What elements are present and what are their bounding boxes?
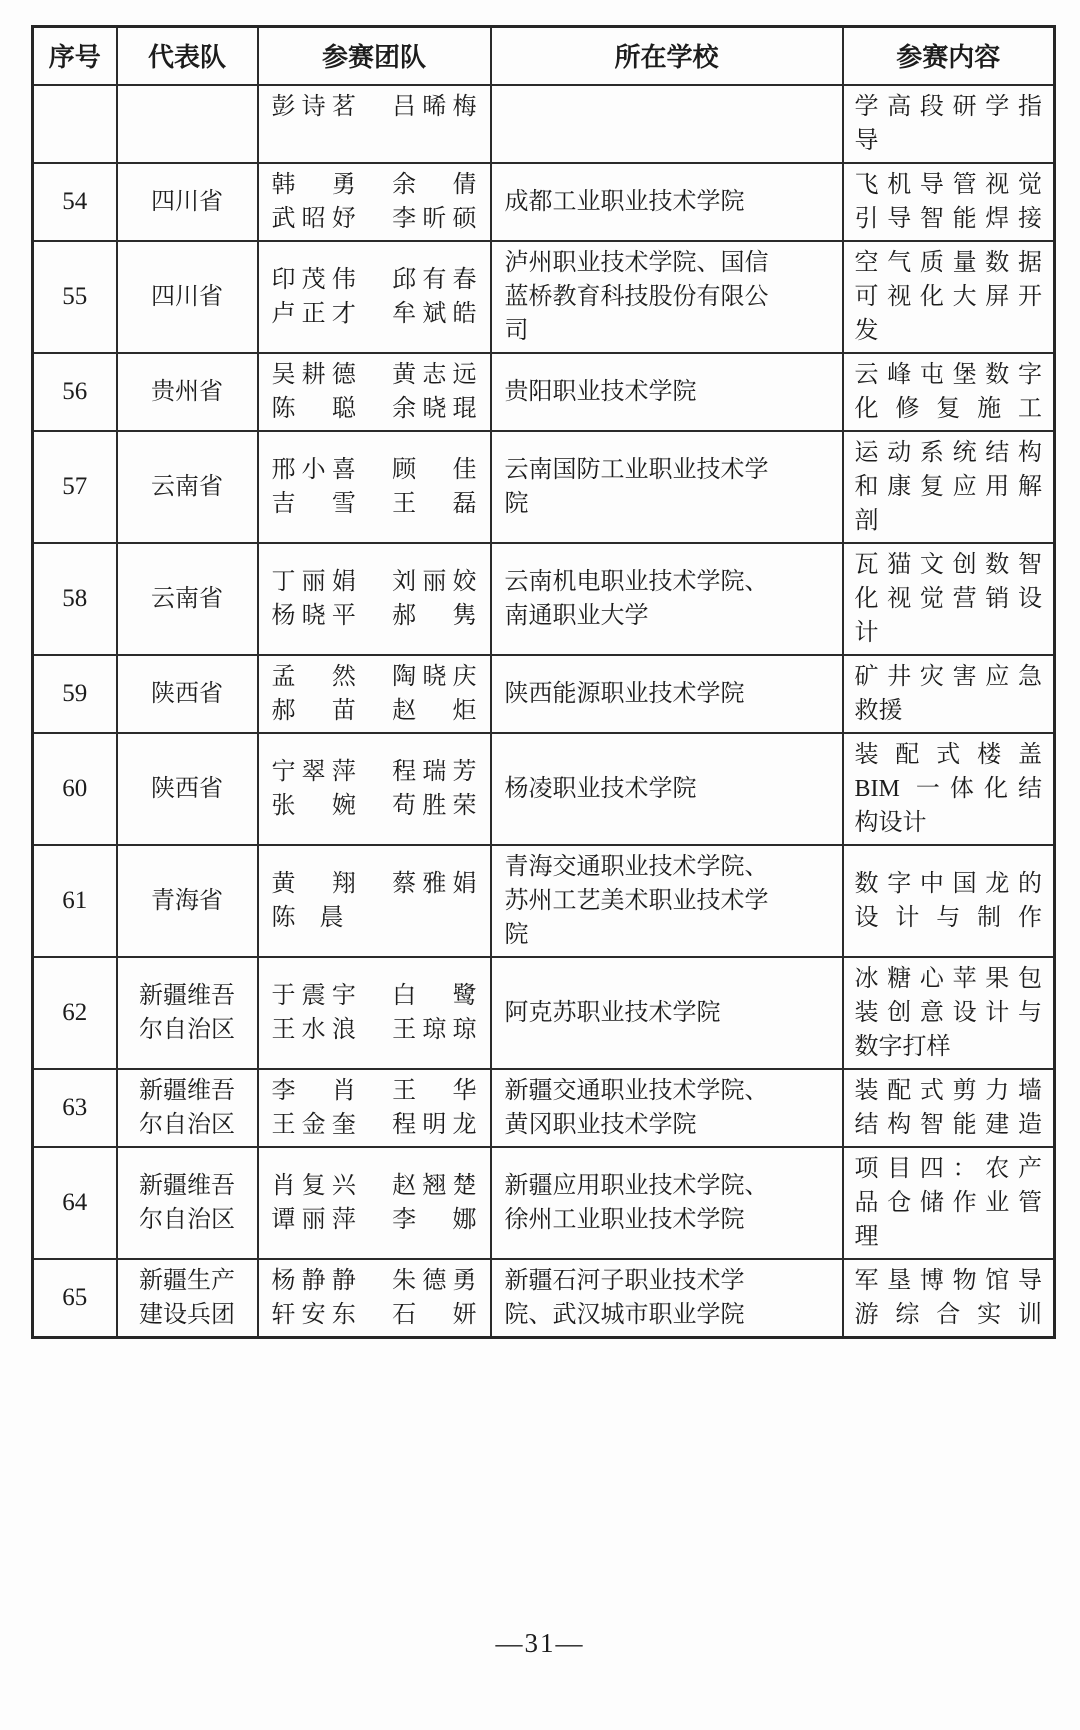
- school-cell: 云南机电职业技术学院、南通职业大学: [491, 543, 843, 655]
- text-line: 阿克苏职业技术学院: [505, 996, 829, 1030]
- text-line: 装配式剪力墙: [855, 1074, 1043, 1108]
- team-cell: 彭诗茗 吕晞梅: [258, 85, 491, 163]
- table-row: 56贵州省吴耕德 黄志远陈 聪 余晓琨贵阳职业技术学院云峰屯堡数字化修复施工: [33, 353, 1055, 431]
- content-cell: 矿井灾害应急救援: [843, 655, 1055, 733]
- serial-cell: [33, 85, 117, 163]
- serial-cell: 57: [33, 431, 117, 543]
- header-region: 代表队: [117, 27, 258, 85]
- text-line: 可视化大屏开: [855, 280, 1043, 314]
- text-line: 李 肖 王 华: [272, 1074, 477, 1108]
- team-cell: 宁翠萍 程瑞芳张 婉 苟胜荣: [258, 733, 491, 845]
- text-line: 陕西省: [126, 677, 249, 711]
- table-row: 64新疆维吾尔自治区肖复兴 赵翘楚谭丽萍 李 娜新疆应用职业技术学院、徐州工业职…: [33, 1147, 1055, 1259]
- text-line: 新疆生产: [126, 1264, 249, 1298]
- content-cell: 云峰屯堡数字化修复施工: [843, 353, 1055, 431]
- text-line: 理: [855, 1220, 1043, 1254]
- text-line: 孟 然 陶晓庆: [272, 660, 477, 694]
- serial-cell: 56: [33, 353, 117, 431]
- text-line: 63: [44, 1091, 106, 1125]
- serial-cell: 55: [33, 241, 117, 353]
- header-school: 所在学校: [491, 27, 843, 85]
- header-content: 参赛内容: [843, 27, 1055, 85]
- text-line: 卢正才 牟斌皓: [272, 297, 477, 331]
- school-cell: 陕西能源职业技术学院: [491, 655, 843, 733]
- text-line: 新疆石河子职业技术学: [505, 1264, 829, 1298]
- text-line: 杨晓平 郝 隽: [272, 599, 477, 633]
- text-line: 谭丽萍 李 娜: [272, 1203, 477, 1237]
- text-line: 宁翠萍 程瑞芳: [272, 755, 477, 789]
- text-line: 彭诗茗 吕晞梅: [272, 90, 477, 124]
- text-line: 院: [505, 918, 829, 952]
- text-line: 装配式楼盖: [855, 738, 1043, 772]
- school-cell: 阿克苏职业技术学院: [491, 957, 843, 1069]
- header-team: 参赛团队: [258, 27, 491, 85]
- text-line: 建设兵团: [126, 1298, 249, 1332]
- text-line: 构设计: [855, 806, 1043, 840]
- text-line: 四川省: [126, 280, 249, 314]
- text-line: 苏州工艺美术职业技术学: [505, 884, 829, 918]
- text-line: 邢小喜 顾 佳: [272, 453, 477, 487]
- region-cell: 四川省: [117, 241, 258, 353]
- text-line: 王水浪 王琼琼: [272, 1013, 477, 1047]
- school-cell: [491, 85, 843, 163]
- table-header-row: 序号 代表队 参赛团队 所在学校 参赛内容: [33, 27, 1055, 85]
- content-cell: 瓦猫文创数智化视觉营销设计: [843, 543, 1055, 655]
- text-line: 学高段研学指: [855, 90, 1043, 124]
- text-line: 结构智能建造: [855, 1108, 1043, 1142]
- region-cell: 陕西省: [117, 655, 258, 733]
- region-cell: 新疆维吾尔自治区: [117, 1069, 258, 1147]
- text-line: 55: [44, 280, 106, 314]
- page-number: —31—: [0, 1628, 1080, 1659]
- serial-cell: 65: [33, 1259, 117, 1338]
- text-line: 王金奎 程明龙: [272, 1108, 477, 1142]
- serial-cell: 54: [33, 163, 117, 241]
- serial-cell: 59: [33, 655, 117, 733]
- team-cell: 邢小喜 顾 佳吉 雪 王 磊: [258, 431, 491, 543]
- region-cell: 新疆生产建设兵团: [117, 1259, 258, 1338]
- table-body: 彭诗茗 吕晞梅学高段研学指导54四川省韩 勇 余 倩武昭妤 李昕硕成都工业职业技…: [33, 85, 1055, 1338]
- text-line: 吴耕德 黄志远: [272, 358, 477, 392]
- team-cell: 韩 勇 余 倩武昭妤 李昕硕: [258, 163, 491, 241]
- school-cell: 青海交通职业技术学院、苏州工艺美术职业技术学院: [491, 845, 843, 957]
- table-row: 58云南省丁丽娟 刘丽姣杨晓平 郝 隽云南机电职业技术学院、南通职业大学瓦猫文创…: [33, 543, 1055, 655]
- text-line: 云南省: [126, 582, 249, 616]
- text-line: 青海省: [126, 884, 249, 918]
- text-line: 救援: [855, 694, 1043, 728]
- text-line: 印茂伟 邱有春: [272, 263, 477, 297]
- school-cell: 杨凌职业技术学院: [491, 733, 843, 845]
- text-line: 陈 聪 余晓琨: [272, 392, 477, 426]
- text-line: 飞机导管视觉: [855, 168, 1043, 202]
- content-cell: 飞机导管视觉引导智能焊接: [843, 163, 1055, 241]
- text-line: 新疆维吾: [126, 979, 249, 1013]
- text-line: 陈 晨: [272, 901, 477, 935]
- content-cell: 冰糖心苹果包装创意设计与数字打样: [843, 957, 1055, 1069]
- text-line: 65: [44, 1281, 106, 1315]
- team-cell: 吴耕德 黄志远陈 聪 余晓琨: [258, 353, 491, 431]
- content-cell: 空气质量数据可视化大屏开发: [843, 241, 1055, 353]
- text-line: 徐州工业职业技术学院: [505, 1203, 829, 1237]
- text-line: 蓝桥教育科技股份有限公: [505, 280, 829, 314]
- team-cell: 印茂伟 邱有春卢正才 牟斌皓: [258, 241, 491, 353]
- region-cell: 新疆维吾尔自治区: [117, 1147, 258, 1259]
- text-line: 装创意设计与: [855, 996, 1043, 1030]
- school-cell: 新疆应用职业技术学院、徐州工业职业技术学院: [491, 1147, 843, 1259]
- text-line: 导: [855, 124, 1043, 158]
- table-row: 55四川省印茂伟 邱有春卢正才 牟斌皓泸州职业技术学院、国信蓝桥教育科技股份有限…: [33, 241, 1055, 353]
- text-line: 61: [44, 884, 106, 918]
- content-cell: 项目四：农产品仓储作业管理: [843, 1147, 1055, 1259]
- school-cell: 泸州职业技术学院、国信蓝桥教育科技股份有限公司: [491, 241, 843, 353]
- text-line: 杨凌职业技术学院: [505, 772, 829, 806]
- text-line: 项目四：农产: [855, 1152, 1043, 1186]
- table-row: 60陕西省宁翠萍 程瑞芳张 婉 苟胜荣杨凌职业技术学院装配式楼盖BIM 一体化结…: [33, 733, 1055, 845]
- table-row: 61青海省黄 翔 蔡雅娟陈 晨青海交通职业技术学院、苏州工艺美术职业技术学院数字…: [33, 845, 1055, 957]
- text-line: 尔自治区: [126, 1203, 249, 1237]
- serial-cell: 61: [33, 845, 117, 957]
- text-line: 60: [44, 772, 106, 806]
- table-row: 54四川省韩 勇 余 倩武昭妤 李昕硕成都工业职业技术学院飞机导管视觉引导智能焊…: [33, 163, 1055, 241]
- text-line: 陕西能源职业技术学院: [505, 677, 829, 711]
- team-cell: 杨静静 朱德勇轩安东 石 妍: [258, 1259, 491, 1338]
- text-line: 云峰屯堡数字: [855, 358, 1043, 392]
- text-line: 新疆维吾: [126, 1074, 249, 1108]
- text-line: BIM 一体化结: [855, 772, 1043, 806]
- text-line: 新疆交通职业技术学院、: [505, 1074, 829, 1108]
- region-cell: 陕西省: [117, 733, 258, 845]
- text-line: 泸州职业技术学院、国信: [505, 246, 829, 280]
- text-line: 空气质量数据: [855, 246, 1043, 280]
- content-cell: 运动系统结构和康复应用解剖: [843, 431, 1055, 543]
- text-line: 57: [44, 470, 106, 504]
- text-line: 矿井灾害应急: [855, 660, 1043, 694]
- region-cell: 云南省: [117, 543, 258, 655]
- region-cell: 云南省: [117, 431, 258, 543]
- results-table: 序号 代表队 参赛团队 所在学校 参赛内容 彭诗茗 吕晞梅学高段研学指导54四川…: [31, 25, 1056, 1339]
- content-cell: 数字中国龙的设计与制作: [843, 845, 1055, 957]
- table-row: 62新疆维吾尔自治区于震宇 白 鹭王水浪 王琼琼阿克苏职业技术学院冰糖心苹果包装…: [33, 957, 1055, 1069]
- serial-cell: 58: [33, 543, 117, 655]
- text-line: 游综合实训: [855, 1298, 1043, 1332]
- text-line: 计: [855, 616, 1043, 650]
- text-line: 56: [44, 375, 106, 409]
- text-line: 化修复施工: [855, 392, 1043, 426]
- team-cell: 孟 然 陶晓庆郝 苗 赵 炬: [258, 655, 491, 733]
- team-cell: 丁丽娟 刘丽姣杨晓平 郝 隽: [258, 543, 491, 655]
- text-line: 59: [44, 677, 106, 711]
- content-cell: 装配式剪力墙结构智能建造: [843, 1069, 1055, 1147]
- text-line: 郝 苗 赵 炬: [272, 694, 477, 728]
- school-cell: 云南国防工业职业技术学院: [491, 431, 843, 543]
- text-line: 剖: [855, 504, 1043, 538]
- team-cell: 肖复兴 赵翘楚谭丽萍 李 娜: [258, 1147, 491, 1259]
- school-cell: 贵阳职业技术学院: [491, 353, 843, 431]
- text-line: 武昭妤 李昕硕: [272, 202, 477, 236]
- region-cell: [117, 85, 258, 163]
- text-line: 肖复兴 赵翘楚: [272, 1169, 477, 1203]
- text-line: 于震宇 白 鹭: [272, 979, 477, 1013]
- team-cell: 于震宇 白 鹭王水浪 王琼琼: [258, 957, 491, 1069]
- text-line: 院、武汉城市职业学院: [505, 1298, 829, 1332]
- team-cell: 黄 翔 蔡雅娟陈 晨: [258, 845, 491, 957]
- text-line: 冰糖心苹果包: [855, 962, 1043, 996]
- region-cell: 贵州省: [117, 353, 258, 431]
- serial-cell: 62: [33, 957, 117, 1069]
- text-line: 丁丽娟 刘丽姣: [272, 565, 477, 599]
- text-line: 韩 勇 余 倩: [272, 168, 477, 202]
- text-line: 云南国防工业职业技术学: [505, 453, 829, 487]
- text-line: 发: [855, 314, 1043, 348]
- text-line: 数字打样: [855, 1030, 1043, 1064]
- text-line: 云南机电职业技术学院、: [505, 565, 829, 599]
- text-line: 四川省: [126, 185, 249, 219]
- text-line: 数字中国龙的: [855, 867, 1043, 901]
- text-line: 轩安东 石 妍: [272, 1298, 477, 1332]
- team-cell: 李 肖 王 华王金奎 程明龙: [258, 1069, 491, 1147]
- text-line: 引导智能焊接: [855, 202, 1043, 236]
- content-cell: 军垦博物馆导游综合实训: [843, 1259, 1055, 1338]
- text-line: 黄 翔 蔡雅娟: [272, 867, 477, 901]
- table-row: 65新疆生产建设兵团杨静静 朱德勇轩安东 石 妍新疆石河子职业技术学院、武汉城市…: [33, 1259, 1055, 1338]
- text-line: 运动系统结构: [855, 436, 1043, 470]
- text-line: 瓦猫文创数智: [855, 548, 1043, 582]
- text-line: 尔自治区: [126, 1013, 249, 1047]
- text-line: 和康复应用解: [855, 470, 1043, 504]
- document-page: 序号 代表队 参赛团队 所在学校 参赛内容 彭诗茗 吕晞梅学高段研学指导54四川…: [0, 0, 1080, 1730]
- serial-cell: 64: [33, 1147, 117, 1259]
- header-serial: 序号: [33, 27, 117, 85]
- text-line: 陕西省: [126, 772, 249, 806]
- text-line: 吉 雪 王 磊: [272, 487, 477, 521]
- school-cell: 成都工业职业技术学院: [491, 163, 843, 241]
- text-line: 院: [505, 487, 829, 521]
- region-cell: 青海省: [117, 845, 258, 957]
- text-line: 司: [505, 314, 829, 348]
- text-line: 黄冈职业技术学院: [505, 1108, 829, 1142]
- text-line: 64: [44, 1186, 106, 1220]
- text-line: 新疆维吾: [126, 1169, 249, 1203]
- serial-cell: 63: [33, 1069, 117, 1147]
- table-row: 57云南省邢小喜 顾 佳吉 雪 王 磊云南国防工业职业技术学院运动系统结构和康复…: [33, 431, 1055, 543]
- text-line: 品仓储作业管: [855, 1186, 1043, 1220]
- text-line: 尔自治区: [126, 1108, 249, 1142]
- text-line: 云南省: [126, 470, 249, 504]
- table-row: 59陕西省孟 然 陶晓庆郝 苗 赵 炬陕西能源职业技术学院矿井灾害应急救援: [33, 655, 1055, 733]
- text-line: 成都工业职业技术学院: [505, 185, 829, 219]
- table-row: 彭诗茗 吕晞梅学高段研学指导: [33, 85, 1055, 163]
- text-line: 杨静静 朱德勇: [272, 1264, 477, 1298]
- text-line: 南通职业大学: [505, 599, 829, 633]
- text-line: 58: [44, 582, 106, 616]
- table-row: 63新疆维吾尔自治区李 肖 王 华王金奎 程明龙新疆交通职业技术学院、黄冈职业技…: [33, 1069, 1055, 1147]
- text-line: 54: [44, 185, 106, 219]
- content-cell: 装配式楼盖BIM 一体化结构设计: [843, 733, 1055, 845]
- text-line: 贵州省: [126, 375, 249, 409]
- content-cell: 学高段研学指导: [843, 85, 1055, 163]
- text-line: 军垦博物馆导: [855, 1264, 1043, 1298]
- text-line: 设计与制作: [855, 901, 1043, 935]
- school-cell: 新疆交通职业技术学院、黄冈职业技术学院: [491, 1069, 843, 1147]
- text-line: 化视觉营销设: [855, 582, 1043, 616]
- text-line: 贵阳职业技术学院: [505, 375, 829, 409]
- text-line: 62: [44, 996, 106, 1030]
- text-line: 张 婉 苟胜荣: [272, 789, 477, 823]
- serial-cell: 60: [33, 733, 117, 845]
- school-cell: 新疆石河子职业技术学院、武汉城市职业学院: [491, 1259, 843, 1338]
- text-line: 青海交通职业技术学院、: [505, 850, 829, 884]
- region-cell: 新疆维吾尔自治区: [117, 957, 258, 1069]
- text-line: 新疆应用职业技术学院、: [505, 1169, 829, 1203]
- region-cell: 四川省: [117, 163, 258, 241]
